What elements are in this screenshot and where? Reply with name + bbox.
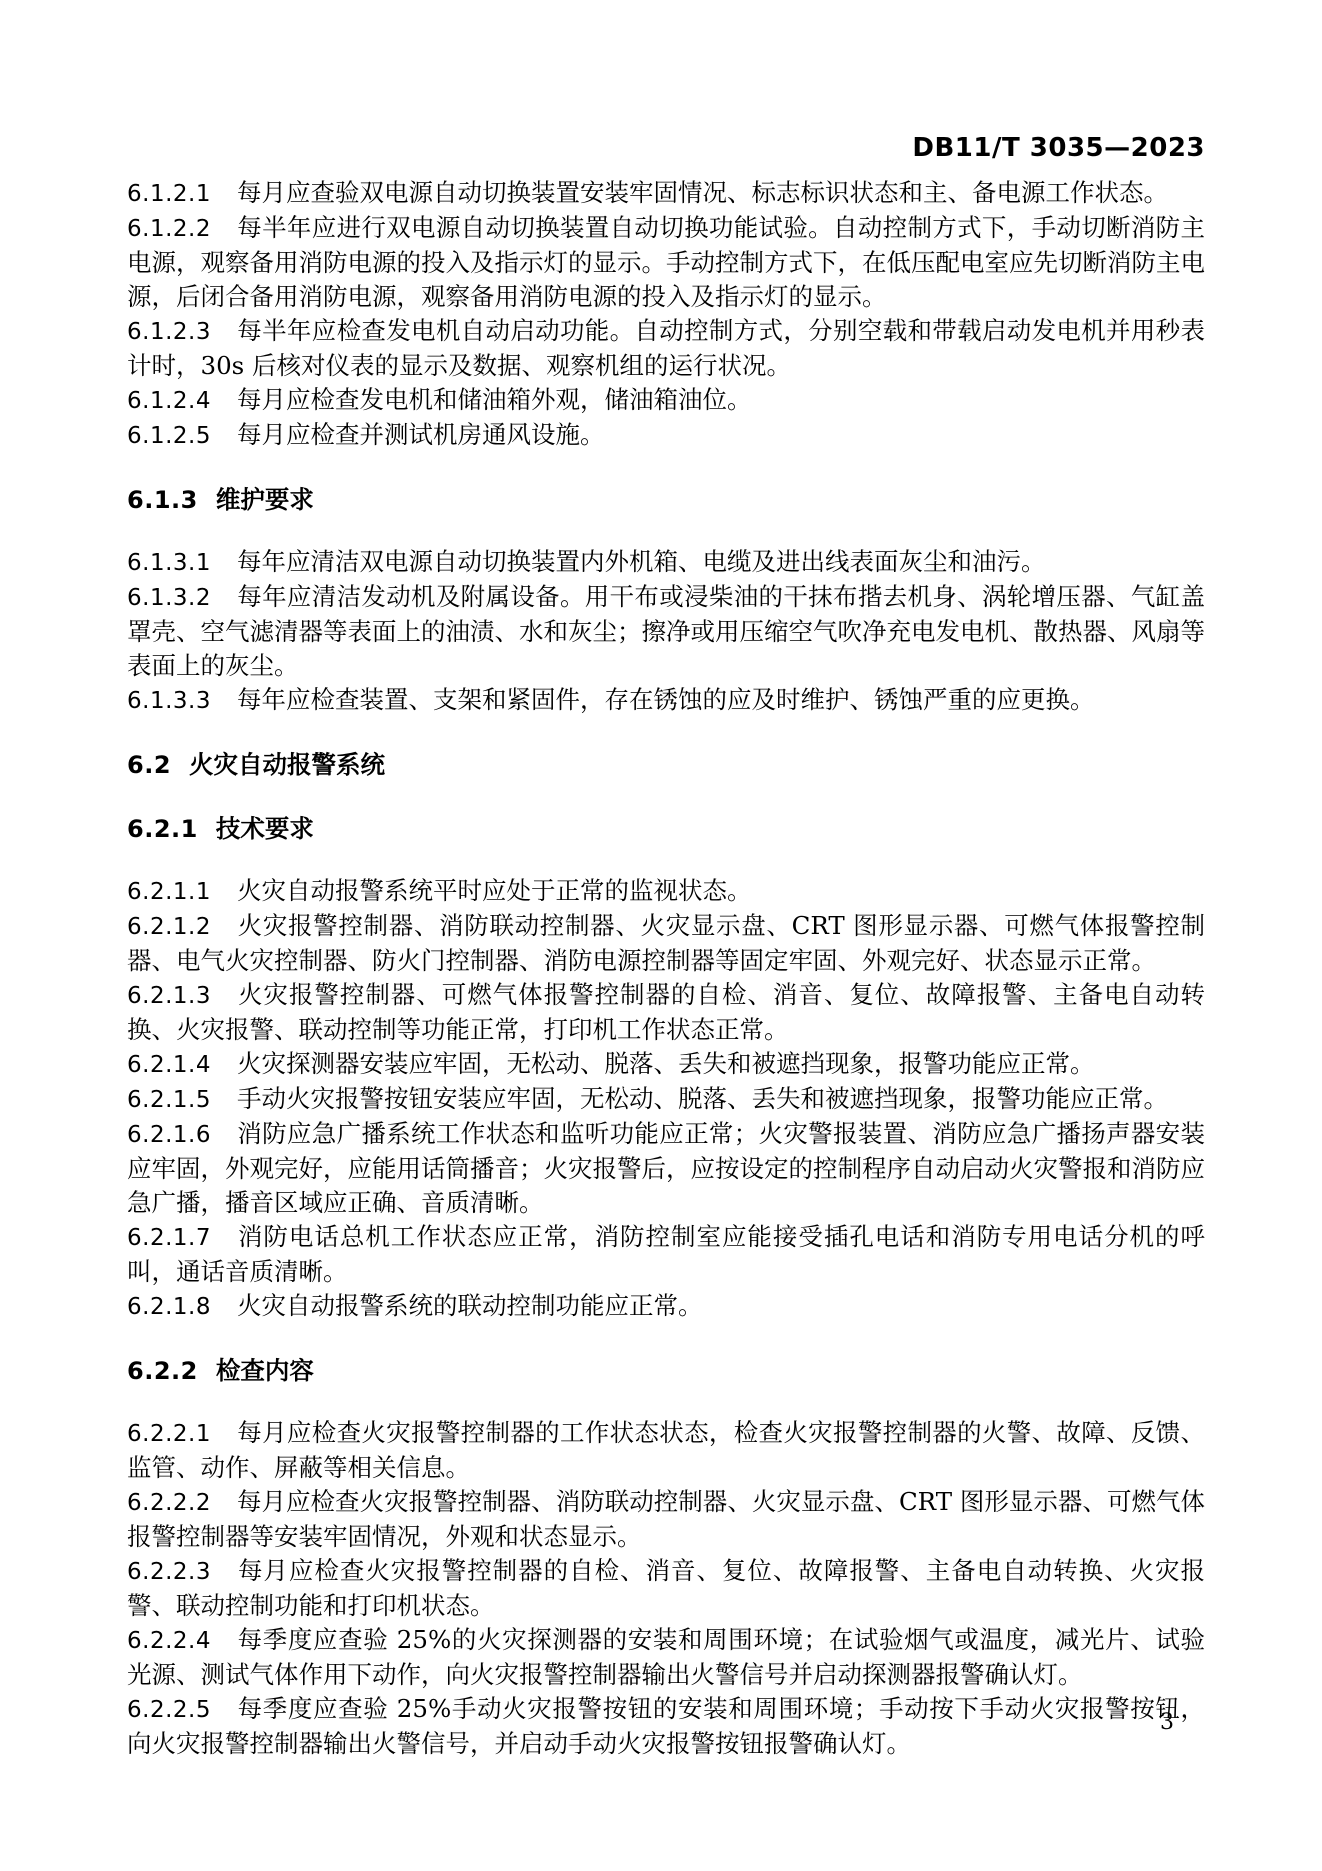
clause-6.2.1.5: 6.2.1.5手动火灾报警按钮安装应牢固，无松动、脱落、丢失和被遮挡现象，报警功… bbox=[127, 1082, 1205, 1117]
clause-6.2.1.2: 6.2.1.2火灾报警控制器、消防联动控制器、火灾显示盘、CRT 图形显示器、可… bbox=[127, 909, 1205, 978]
clause-6.2.2.5: 6.2.2.5每季度应查验 25%手动火灾报警按钮的安装和周围环境；手动按下手动… bbox=[127, 1692, 1205, 1761]
clause-number: 6.1.3.1 bbox=[127, 550, 211, 576]
clause-text: 每月应查验双电源自动切换装置安装牢固情况、标志标识状态和主、备电源工作状态。 bbox=[237, 178, 1168, 207]
clause-number: 6.2.1.8 bbox=[127, 1294, 211, 1320]
section-heading-6.2.1: 6.2.1技术要求 bbox=[127, 812, 1205, 846]
clause-text: 火灾报警控制器、消防联动控制器、火灾显示盘、CRT 图形显示器、可燃气体报警控制… bbox=[127, 911, 1205, 975]
clause-6.2.1.3: 6.2.1.3火灾报警控制器、可燃气体报警控制器的自检、消音、复位、故障报警、主… bbox=[127, 978, 1205, 1047]
heading-text: 维护要求 bbox=[216, 485, 314, 514]
clause-number: 6.1.2.4 bbox=[127, 388, 211, 414]
clause-text: 每年应检查装置、支架和紧固件，存在锈蚀的应及时维护、锈蚀严重的应更换。 bbox=[237, 685, 1095, 714]
clause-number: 6.2.2.5 bbox=[127, 1697, 211, 1723]
clause-6.2.1.8: 6.2.1.8火灾自动报警系统的联动控制功能应正常。 bbox=[127, 1289, 1205, 1324]
clause-6.2.2.4: 6.2.2.4每季度应查验 25%的火灾探测器的安装和周围环境；在试验烟气或温度… bbox=[127, 1623, 1205, 1692]
standard-number-header: DB11/T 3035—2023 bbox=[912, 133, 1205, 163]
clause-text: 火灾自动报警系统平时应处于正常的监视状态。 bbox=[237, 876, 752, 905]
heading-number: 6.2.1 bbox=[127, 815, 198, 843]
section-heading-6.1.3: 6.1.3维护要求 bbox=[127, 483, 1205, 517]
clause-number: 6.2.1.2 bbox=[127, 914, 211, 940]
clause-number: 6.2.1.1 bbox=[127, 879, 211, 905]
clause-6.1.2.1: 6.1.2.1每月应查验双电源自动切换装置安装牢固情况、标志标识状态和主、备电源… bbox=[127, 176, 1205, 211]
heading-number: 6.1.3 bbox=[127, 486, 198, 514]
page-number: 3 bbox=[1160, 1710, 1174, 1735]
clause-6.1.2.4: 6.1.2.4每月应检查发电机和储油箱外观，储油箱油位。 bbox=[127, 383, 1205, 418]
heading-text: 技术要求 bbox=[216, 814, 314, 843]
clause-number: 6.1.3.3 bbox=[127, 688, 211, 714]
clause-6.1.3.3: 6.1.3.3每年应检查装置、支架和紧固件，存在锈蚀的应及时维护、锈蚀严重的应更… bbox=[127, 683, 1205, 718]
clause-number: 6.2.2.1 bbox=[127, 1421, 211, 1447]
clause-text: 火灾自动报警系统的联动控制功能应正常。 bbox=[237, 1291, 703, 1320]
clause-text: 每季度应查验 25%的火灾探测器的安装和周围环境；在试验烟气或温度，减光片、试验… bbox=[127, 1625, 1205, 1689]
clause-text: 每年应清洁发动机及附属设备。用干布或浸柴油的干抹布揩去机身、涡轮增压器、气缸盖罩… bbox=[127, 582, 1205, 680]
clause-number: 6.1.2.3 bbox=[127, 319, 211, 345]
clause-text: 火灾报警控制器、可燃气体报警控制器的自检、消音、复位、故障报警、主备电自动转换、… bbox=[127, 980, 1205, 1044]
clause-number: 6.2.2.2 bbox=[127, 1490, 211, 1516]
clause-number: 6.2.1.3 bbox=[127, 983, 211, 1009]
clause-text: 每半年应检查发电机自动启动功能。自动控制方式，分别空载和带载启动发电机并用秒表计… bbox=[127, 316, 1205, 380]
clause-number: 6.2.1.6 bbox=[127, 1122, 211, 1148]
heading-text: 检查内容 bbox=[216, 1356, 314, 1385]
clause-text: 消防应急广播系统工作状态和监听功能应正常；火灾警报装置、消防应急广播扬声器安装应… bbox=[127, 1119, 1205, 1217]
clause-6.2.2.3: 6.2.2.3每月应检查火灾报警控制器的自检、消音、复位、故障报警、主备电自动转… bbox=[127, 1554, 1205, 1623]
clause-6.1.2.5: 6.1.2.5每月应检查并测试机房通风设施。 bbox=[127, 418, 1205, 453]
document-content: 6.1.2.1每月应查验双电源自动切换装置安装牢固情况、标志标识状态和主、备电源… bbox=[127, 176, 1205, 1761]
clause-6.2.1.4: 6.2.1.4火灾探测器安装应牢固，无松动、脱落、丢失和被遮挡现象，报警功能应正… bbox=[127, 1047, 1205, 1082]
document-page: DB11/T 3035—2023 6.1.2.1每月应查验双电源自动切换装置安装… bbox=[0, 0, 1322, 1871]
clause-number: 6.1.2.1 bbox=[127, 181, 211, 207]
clause-6.1.2.3: 6.1.2.3每半年应检查发电机自动启动功能。自动控制方式，分别空载和带载启动发… bbox=[127, 314, 1205, 383]
clause-text: 每季度应查验 25%手动火灾报警按钮的安装和周围环境；手动按下手动火灾报警按钮，… bbox=[127, 1694, 1205, 1758]
clause-6.1.3.1: 6.1.3.1每年应清洁双电源自动切换装置内外机箱、电缆及进出线表面灰尘和油污。 bbox=[127, 545, 1205, 580]
clause-6.2.1.1: 6.2.1.1火灾自动报警系统平时应处于正常的监视状态。 bbox=[127, 874, 1205, 909]
clause-text: 每月应检查并测试机房通风设施。 bbox=[237, 420, 605, 449]
clause-text: 每半年应进行双电源自动切换装置自动切换功能试验。自动控制方式下，手动切断消防主电… bbox=[127, 213, 1205, 311]
clause-text: 每月应检查火灾报警控制器的自检、消音、复位、故障报警、主备电自动转换、火灾报警、… bbox=[127, 1556, 1205, 1620]
clause-number: 6.2.1.5 bbox=[127, 1087, 211, 1113]
section-heading-6.2: 6.2火灾自动报警系统 bbox=[127, 748, 1205, 782]
clause-6.1.2.2: 6.1.2.2每半年应进行双电源自动切换装置自动切换功能试验。自动控制方式下，手… bbox=[127, 211, 1205, 314]
clause-text: 火灾探测器安装应牢固，无松动、脱落、丢失和被遮挡现象，报警功能应正常。 bbox=[237, 1049, 1095, 1078]
clause-number: 6.2.2.4 bbox=[127, 1628, 211, 1654]
clause-number: 6.2.1.7 bbox=[127, 1225, 211, 1251]
clause-6.1.3.2: 6.1.3.2每年应清洁发动机及附属设备。用干布或浸柴油的干抹布揩去机身、涡轮增… bbox=[127, 580, 1205, 683]
clause-number: 6.1.3.2 bbox=[127, 585, 211, 611]
heading-number: 6.2 bbox=[127, 751, 171, 779]
clause-text: 消防电话总机工作状态应正常，消防控制室应能接受插孔电话和消防专用电话分机的呼叫，… bbox=[127, 1222, 1205, 1286]
clause-number: 6.1.2.5 bbox=[127, 423, 211, 449]
clause-text: 手动火灾报警按钮安装应牢固，无松动、脱落、丢失和被遮挡现象，报警功能应正常。 bbox=[237, 1084, 1168, 1113]
clause-number: 6.1.2.2 bbox=[127, 216, 211, 242]
heading-number: 6.2.2 bbox=[127, 1357, 198, 1385]
section-heading-6.2.2: 6.2.2检查内容 bbox=[127, 1354, 1205, 1388]
clause-number: 6.2.1.4 bbox=[127, 1052, 211, 1078]
clause-6.2.2.2: 6.2.2.2每月应检查火灾报警控制器、消防联动控制器、火灾显示盘、CRT 图形… bbox=[127, 1485, 1205, 1554]
clause-6.2.1.7: 6.2.1.7消防电话总机工作状态应正常，消防控制室应能接受插孔电话和消防专用电… bbox=[127, 1220, 1205, 1289]
heading-text: 火灾自动报警系统 bbox=[189, 750, 385, 779]
clause-text: 每月应检查发电机和储油箱外观，储油箱油位。 bbox=[237, 385, 752, 414]
clause-text: 每月应检查火灾报警控制器的工作状态状态，检查火灾报警控制器的火警、故障、反馈、监… bbox=[127, 1418, 1205, 1482]
clause-6.2.2.1: 6.2.2.1每月应检查火灾报警控制器的工作状态状态，检查火灾报警控制器的火警、… bbox=[127, 1416, 1205, 1485]
clause-number: 6.2.2.3 bbox=[127, 1559, 211, 1585]
clause-text: 每年应清洁双电源自动切换装置内外机箱、电缆及进出线表面灰尘和油污。 bbox=[237, 547, 1046, 576]
clause-6.2.1.6: 6.2.1.6消防应急广播系统工作状态和监听功能应正常；火灾警报装置、消防应急广… bbox=[127, 1117, 1205, 1220]
clause-text: 每月应检查火灾报警控制器、消防联动控制器、火灾显示盘、CRT 图形显示器、可燃气… bbox=[127, 1487, 1205, 1551]
